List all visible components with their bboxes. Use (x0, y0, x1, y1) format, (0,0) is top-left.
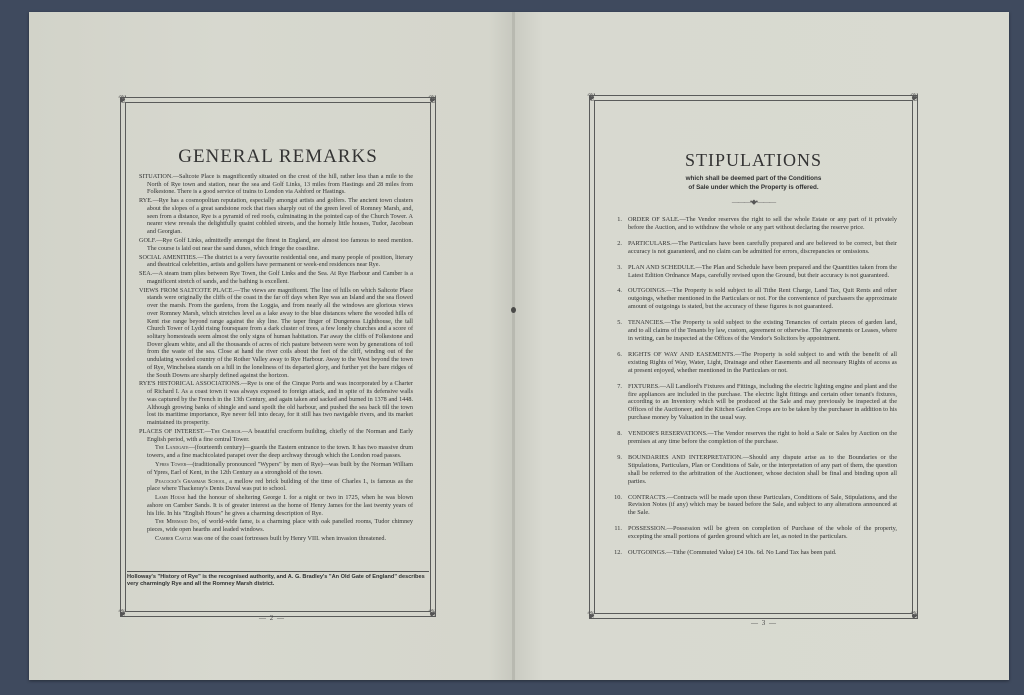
remark-sea: SEA.—A steam tram plies between Rye Town… (139, 270, 413, 285)
remark-ypres-tower: Ypres Tower—(traditionally pronounced "W… (139, 461, 413, 476)
stipulation-item: 9.BOUNDARIES AND INTERPRETATION.—Should … (628, 454, 897, 486)
remark-grammar-school: Peacocke's Grammar School, a mellow red … (139, 478, 413, 493)
remark-golf: GOLF.—Rye Golf Links, admittedly amongst… (139, 237, 413, 252)
corner-scroll-icon: ❦ (428, 95, 438, 105)
remark-rye: RYE.—Rye has a cosmopolitan reputation, … (139, 197, 413, 236)
remark-lamb-house: Lamb House had the honour of sheltering … (139, 494, 413, 517)
corner-scroll-icon: ❦ (587, 611, 597, 621)
remark-historical: RYE'S HISTORICAL ASSOCIATIONS.—Rye is on… (139, 380, 413, 426)
footnote: Holloway's "History of Rye" is the recog… (127, 571, 429, 588)
corner-scroll-icon: ❦ (118, 95, 128, 105)
right-page: ❦ ❦ ❦ ❦ STIPULATIONS which shall be deem… (513, 12, 1009, 680)
stipulation-item: 6.RIGHTS OF WAY AND EASEMENTS.—The Prope… (628, 351, 897, 375)
left-page: ❦ ❦ ❦ ❦ GENERAL REMARKS SITUATION.—Saltc… (29, 12, 513, 680)
general-remarks-body: SITUATION.—Saltcote Place is magnificent… (131, 173, 425, 543)
remark-situation: SITUATION.—Saltcote Place is magnificent… (139, 173, 413, 196)
remark-mermaid-inn: The Mermaid Inn, of world-wide fame, is … (139, 518, 413, 533)
stipulation-item: 2.PARTICULARS.—The Particulars have been… (628, 240, 897, 256)
remark-landgate: The Landgate—(fourteenth century)—guards… (139, 444, 413, 459)
corner-scroll-icon: ❦ (910, 611, 920, 621)
right-page-border: ❦ ❦ ❦ ❦ STIPULATIONS which shall be deem… (589, 95, 918, 619)
ornament-divider-icon: ———•◆•——— (600, 198, 907, 206)
stipulation-item: 12.OUTGOINGS.—Tithe (Commuted Value) £4 … (628, 549, 897, 557)
stipulation-item: 7.FIXTURES.—All Landlord's Fixtures and … (628, 383, 897, 423)
stipulation-item: 11.POSSESSION.—Possession will be given … (628, 525, 897, 541)
left-page-border: ❦ ❦ ❦ ❦ GENERAL REMARKS SITUATION.—Saltc… (120, 97, 436, 617)
page-number: — 2 — (259, 614, 285, 622)
remark-views: VIEWS FROM SALTCOTE PLACE.—The views are… (139, 287, 413, 379)
stipulation-item: 10.CONTRACTS.—Contracts will be made upo… (628, 494, 897, 518)
corner-scroll-icon: ❦ (118, 609, 128, 619)
remark-places-of-interest: PLACES OF INTEREST.—The Church.—A beauti… (139, 428, 413, 443)
remark-camber-castle: Camber Castle was one of the coast fortr… (139, 535, 413, 543)
corner-scroll-icon: ❦ (587, 93, 597, 103)
stipulation-item: 3.PLAN AND SCHEDULE.—The Plan and Schedu… (628, 264, 897, 280)
stipulation-item: 5.TENANCIES.—The Property is sold subjec… (628, 319, 897, 343)
page-title: STIPULATIONS (600, 150, 907, 171)
stipulation-item: 1.ORDER OF SALE.—The Vendor reserves the… (628, 216, 897, 232)
stipulation-item: 4.OUTGOINGS.—The Property is sold subjec… (628, 287, 897, 311)
book-gutter (512, 12, 515, 680)
subtitle: which shall be deemed part of the Condit… (600, 174, 907, 192)
page-title: GENERAL REMARKS (131, 146, 425, 168)
stipulation-item: 8.VENDOR'S RESERVATIONS.—The Vendor rese… (628, 430, 897, 446)
page-number: — 3 — (751, 619, 777, 627)
remark-social-amenities: SOCIAL AMENITIES.—The district is a very… (139, 254, 413, 269)
booklet-spread: ❦ ❦ ❦ ❦ GENERAL REMARKS SITUATION.—Saltc… (29, 12, 1009, 680)
corner-scroll-icon: ❦ (428, 609, 438, 619)
staple-hole (511, 307, 516, 313)
corner-scroll-icon: ❦ (910, 93, 920, 103)
stipulations-list: 1.ORDER OF SALE.—The Vendor reserves the… (600, 216, 907, 557)
